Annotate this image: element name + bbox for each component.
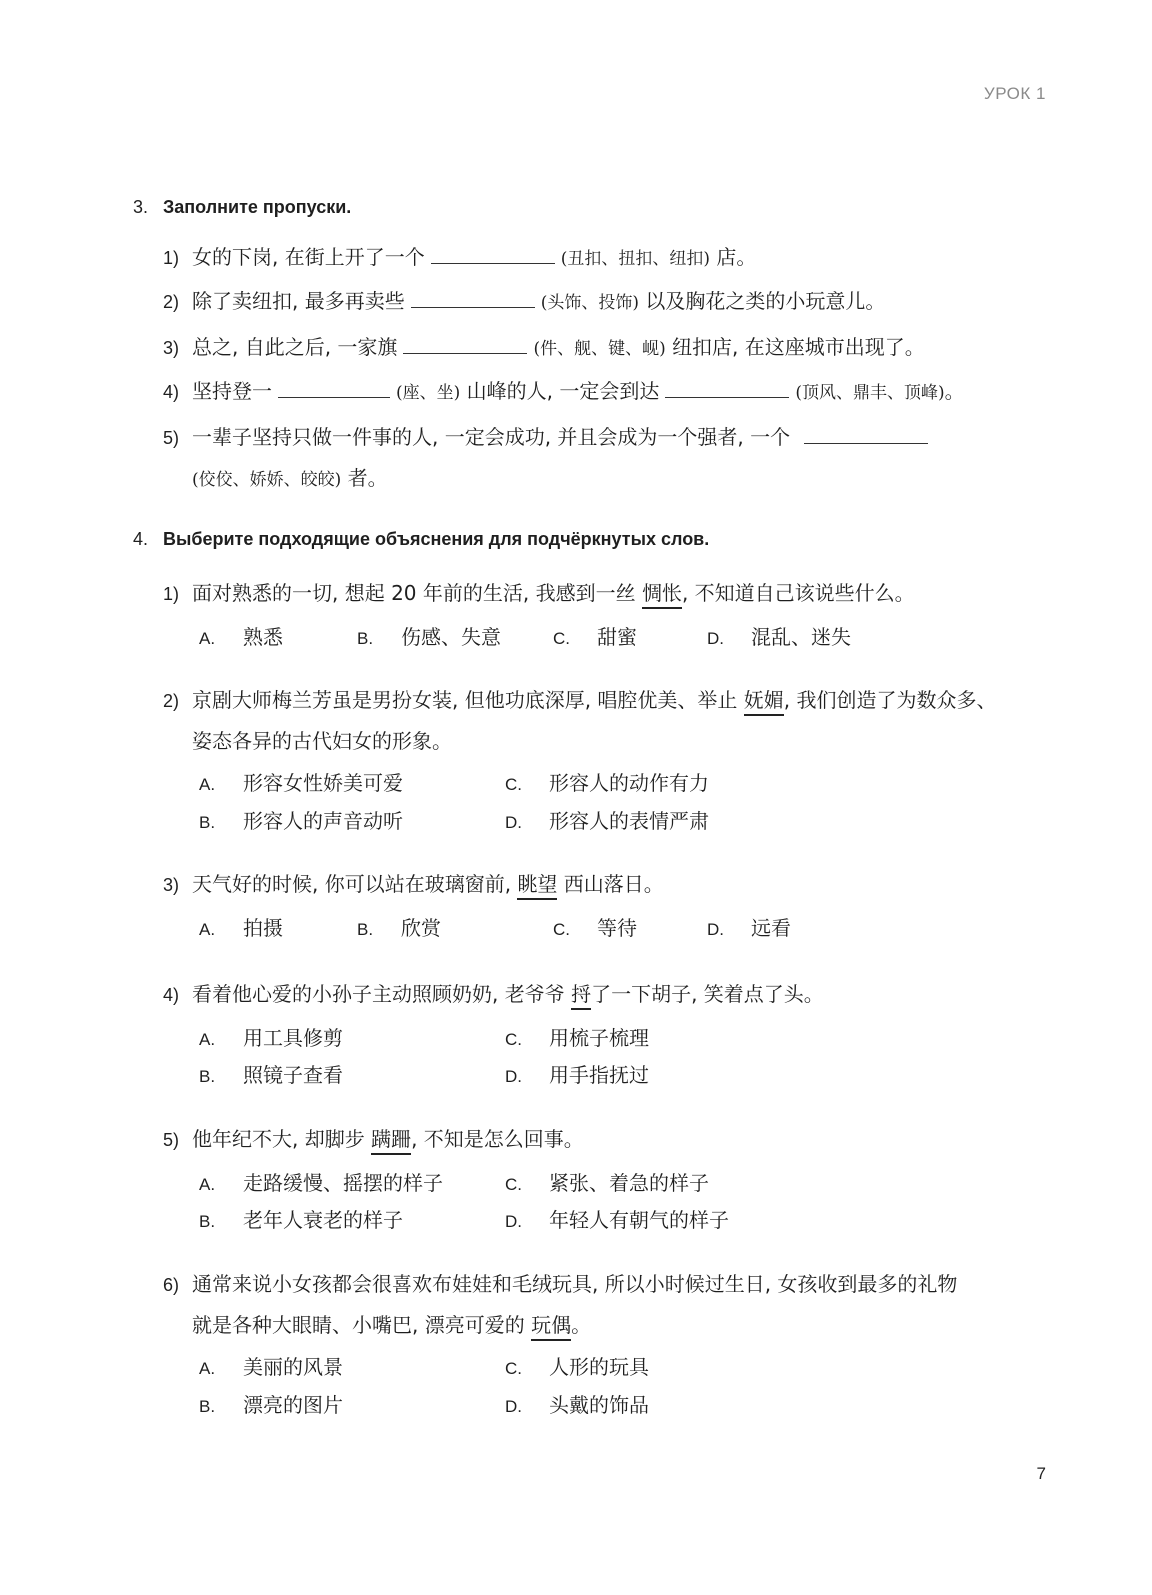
underlined-word: 妩媚: [744, 688, 784, 716]
option-c[interactable]: C.等待: [553, 912, 637, 941]
underlined-word: 眺望: [517, 872, 557, 900]
task-4-question-4: 4)看着他心爱的小孙子主动照顾奶奶, 老爷爷 捋了一下胡子, 笑着点了头。: [163, 974, 824, 1015]
option-b[interactable]: B.漂亮的图片: [199, 1389, 343, 1418]
task-4-question-1: 1)面对熟悉的一切, 想起 20 年前的生活, 我感到一丝 惆怅, 不知道自己该…: [163, 573, 915, 614]
task-4-question-5: 5)他年纪不大, 却脚步 蹒跚, 不知是怎么回事。: [163, 1119, 584, 1160]
option-b[interactable]: B.伤感、失意: [357, 621, 501, 650]
option-a[interactable]: A.走路缓慢、摇摆的样子: [199, 1167, 443, 1196]
task-3-item-1: 1)女的下岗, 在街上开了一个(丑扣、扭扣、纽扣) 店。: [163, 237, 756, 279]
lesson-header: УРОК 1: [984, 84, 1046, 104]
answer-blank[interactable]: [411, 285, 535, 308]
option-a[interactable]: A.熟悉: [199, 621, 283, 650]
answer-blank[interactable]: [403, 331, 527, 354]
option-d[interactable]: D.用手指抚过: [505, 1059, 649, 1088]
option-a[interactable]: A.用工具修剪: [199, 1022, 343, 1051]
option-a[interactable]: A.拍摄: [199, 912, 283, 941]
page-number: 7: [1037, 1464, 1046, 1484]
task-4-title: 4. Выберите подходящие объяснения для по…: [133, 529, 1033, 550]
task-4-question-6: 6)通常来说小女孩都会很喜欢布娃娃和毛绒玩具, 所以小时候过生日, 女孩收到最多…: [163, 1264, 957, 1345]
underlined-word: 惆怅: [642, 581, 682, 609]
task-3-item-5: 5)一辈子坚持只做一件事的人, 一定会成功, 并且会成为一个强者, 一个 (佼佼…: [163, 417, 934, 500]
option-d[interactable]: D.混乱、迷失: [707, 621, 851, 650]
option-c[interactable]: C.用梳子梳理: [505, 1022, 649, 1051]
task-3-title: 3. Заполните пропуски.: [133, 197, 1033, 218]
option-c[interactable]: C.甜蜜: [553, 621, 637, 650]
underlined-word: 玩偶: [531, 1313, 571, 1341]
option-d[interactable]: D.远看: [707, 912, 791, 941]
task-3-item-4: 4)坚持登一(座、坐) 山峰的人, 一定会到达(顶风、鼎丰、顶峰)。: [163, 371, 965, 413]
answer-blank[interactable]: [665, 375, 789, 398]
option-b[interactable]: B.欣赏: [357, 912, 441, 941]
option-c[interactable]: C.人形的玩具: [505, 1351, 649, 1380]
task-4-question-3: 3)天气好的时候, 你可以站在玻璃窗前, 眺望 西山落日。: [163, 864, 664, 905]
answer-blank[interactable]: [804, 421, 928, 444]
task-3-item-3: 3)总之, 自此之后, 一家旗(件、舰、键、岘) 纽扣店, 在这座城市出现了。: [163, 327, 925, 369]
option-c[interactable]: C.形容人的动作有力: [505, 767, 709, 796]
option-c[interactable]: C.紧张、着急的样子: [505, 1167, 709, 1196]
option-d[interactable]: D.头戴的饰品: [505, 1389, 649, 1418]
task-3: 3. Заполните пропуски. 1)女的下岗, 在街上开了一个(丑…: [133, 197, 1033, 218]
task-4-question-2: 2)京剧大师梅兰芳虽是男扮女装, 但他功底深厚, 唱腔优美、举止 妩媚, 我们创…: [163, 680, 997, 761]
option-a[interactable]: A.形容女性娇美可爱: [199, 767, 403, 796]
underlined-word: 蹒跚: [371, 1127, 411, 1155]
option-b[interactable]: B.形容人的声音动听: [199, 805, 403, 834]
option-a[interactable]: A.美丽的风景: [199, 1351, 343, 1380]
answer-blank[interactable]: [431, 241, 555, 264]
answer-blank[interactable]: [278, 375, 390, 398]
task-3-item-2: 2)除了卖纽扣, 最多再卖些(头饰、投饰) 以及胸花之类的小玩意儿。: [163, 281, 885, 323]
option-d[interactable]: D.年轻人有朝气的样子: [505, 1204, 729, 1233]
option-b[interactable]: B.老年人衰老的样子: [199, 1204, 403, 1233]
underlined-word: 捋: [571, 982, 591, 1010]
task-4: 4. Выберите подходящие объяснения для по…: [133, 529, 1033, 550]
option-b[interactable]: B.照镜子查看: [199, 1059, 343, 1088]
option-d[interactable]: D.形容人的表情严肃: [505, 805, 709, 834]
